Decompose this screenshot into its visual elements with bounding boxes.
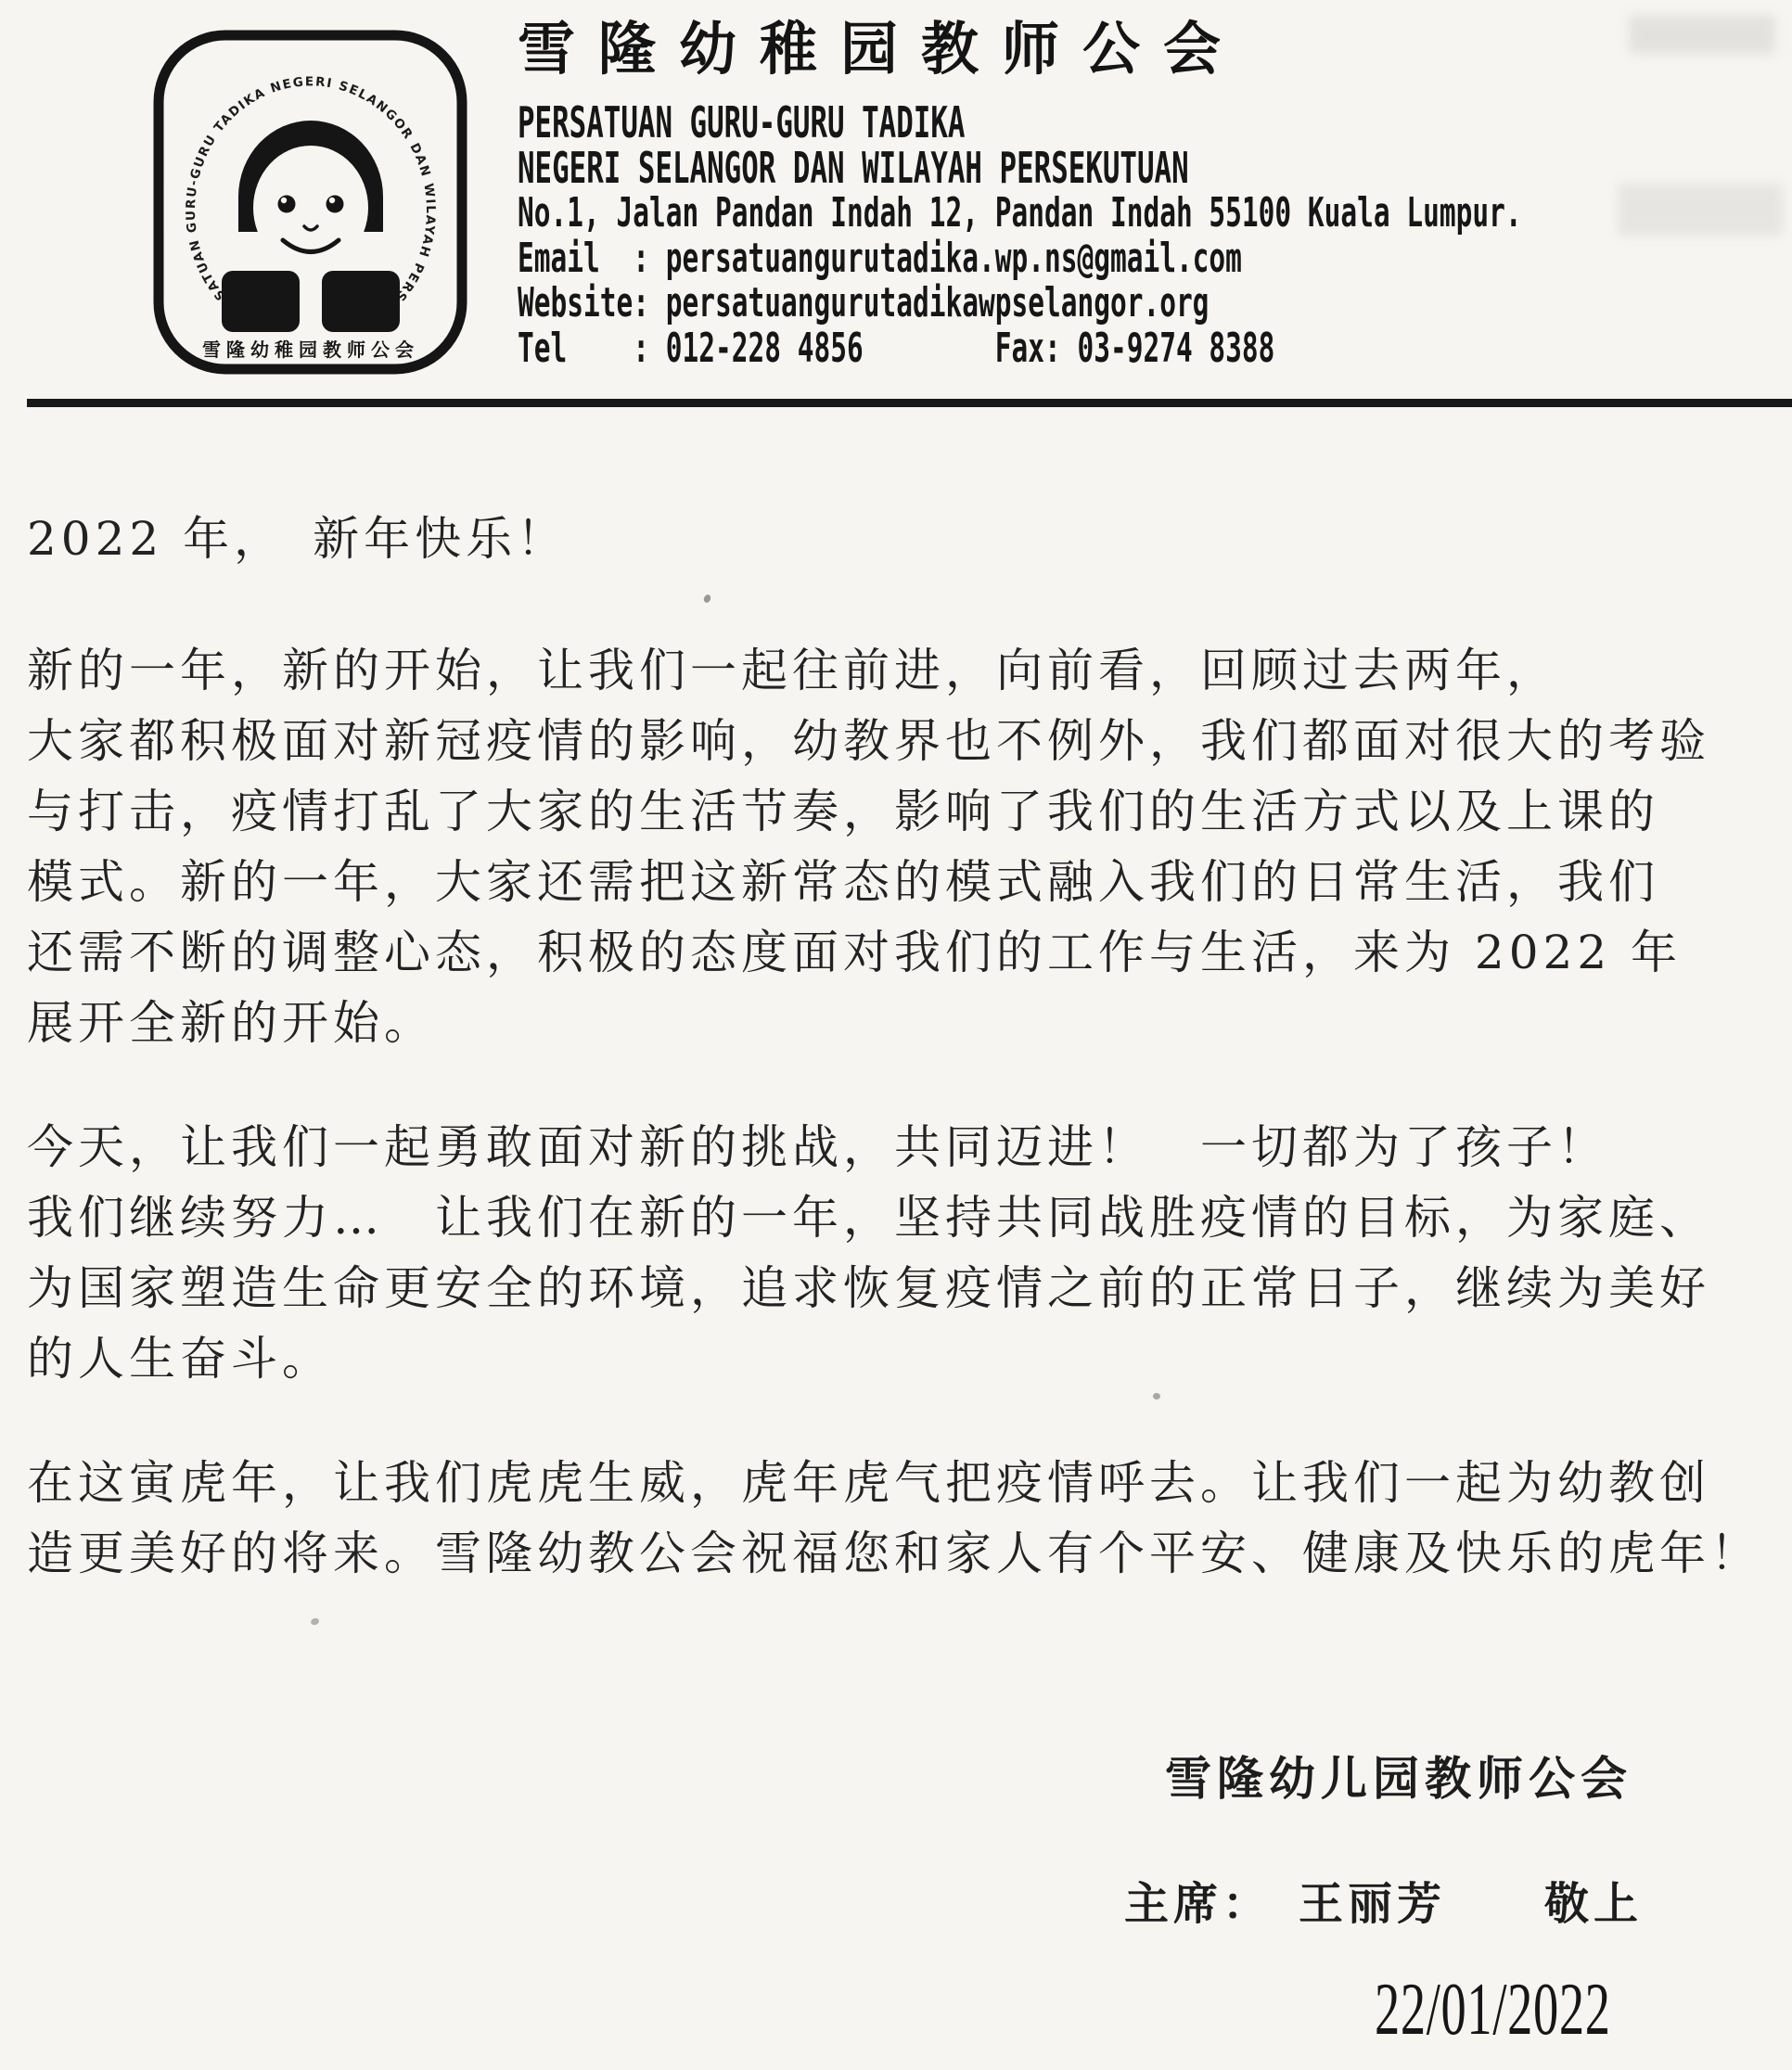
org-name-line-2: NEGERI SELANGOR DAN WILAYAH PERSEKUTUAN <box>518 146 1522 191</box>
letter-body: 2022 年， 新年快乐！ 新的一年，新的开始，让我们一起往前进，向前看，回顾过… <box>27 407 1771 1642</box>
paragraph-3: 在这寅虎年，让我们虎虎生威，虎年虎气把疫情呼去。让我们一起为幼教创 造更美好的将… <box>27 1448 1771 1589</box>
scan-bleedthrough-smudge <box>1618 184 1783 236</box>
paragraph-line: 大家都积极面对新冠疫情的影响，幼教界也不例外，我们都面对很大的考验 <box>27 706 1771 776</box>
signature-date: 22/01/2022 <box>1375 1968 1611 2052</box>
child-shoulder-right <box>322 271 400 332</box>
paragraph-1: 新的一年，新的开始，让我们一起往前进，向前看，回顾过去两年， 大家都积极面对新冠… <box>27 635 1771 1058</box>
letterhead-text: 雪隆幼稚园教师公会 PERSATUAN GURU-GURU TADIKA NEG… <box>518 15 1792 371</box>
association-logo: PERSATUAN GURU-GURU TADIKA NEGERI SELANG… <box>153 30 467 375</box>
tel-fax-line: Tel : 012-228 4856 Fax: 03-9274 8388 <box>518 326 1522 372</box>
signature-signer: 主席： 王丽芳 敬上 <box>1124 1868 1643 1932</box>
child-eye-right <box>326 196 344 213</box>
paragraph-2: 今天，让我们一起勇敢面对新的挑战，共同迈进！ 一切都为了孩子！ 我们继续努力… … <box>27 1112 1771 1394</box>
paragraph-line: 的人生奋斗。 <box>27 1323 1771 1394</box>
org-name-line-1: PERSATUAN GURU-GURU TADIKA <box>518 100 1522 146</box>
email-line: Email : persatuangurutadika.wp.ns@gmail.… <box>518 236 1522 282</box>
logo-caption: 雪隆幼稚园教师公会 <box>202 339 419 361</box>
greeting-line: 2022 年， 新年快乐！ <box>27 504 1771 574</box>
eye-gleam-right <box>329 198 335 203</box>
scanned-letter-page: PERSATUAN GURU-GURU TADIKA NEGERI SELANG… <box>0 0 1792 2070</box>
child-eye-left <box>278 196 296 213</box>
eye-gleam-left <box>281 198 287 203</box>
header-divider-rule <box>27 399 1792 407</box>
paragraph-line: 模式。新的一年，大家还需把这新常态的模式融入我们的日常生活，我们 <box>27 847 1771 917</box>
paragraph-line: 新的一年，新的开始，让我们一起往前进，向前看，回顾过去两年， <box>27 635 1771 706</box>
scan-speck <box>1153 1393 1160 1399</box>
paragraph-line: 与打击，疫情打乱了大家的生活节奏，影响了我们的生活方式以及上课的 <box>27 776 1771 847</box>
signature-org: 雪隆幼儿园教师公会 <box>1165 1742 1632 1808</box>
org-title-chinese: 雪隆幼稚园教师公会 <box>518 15 1792 83</box>
website-line: Website: persatuangurutadikawpselangor.o… <box>518 281 1522 326</box>
paragraph-line: 造更美好的将来。雪隆幼教公会祝福您和家人有个平安、健康及快乐的虎年！ <box>27 1518 1771 1589</box>
address-line: No.1, Jalan Pandan Indah 12, Pandan Inda… <box>518 191 1522 236</box>
paragraph-line: 今天，让我们一起勇敢面对新的挑战，共同迈进！ 一切都为了孩子！ <box>27 1112 1771 1182</box>
paragraph-line: 我们继续努力… 让我们在新的一年，坚持共同战胜疫情的目标，为家庭、 <box>27 1182 1771 1253</box>
paragraph-line: 展开全新的开始。 <box>27 988 1771 1058</box>
paragraph-line: 还需不断的调整心态，积极的态度面对我们的工作与生活，来为 2022 年 <box>27 917 1771 988</box>
paragraph-line: 在这寅虎年，让我们虎虎生威，虎年虎气把疫情呼去。让我们一起为幼教创 <box>27 1448 1771 1518</box>
scan-bleedthrough-smudge <box>1629 15 1775 54</box>
paragraph-line: 为国家塑造生命更安全的环境，追求恢复疫情之前的正常日子，继续为美好 <box>27 1253 1771 1323</box>
child-shoulder-left <box>222 271 300 332</box>
